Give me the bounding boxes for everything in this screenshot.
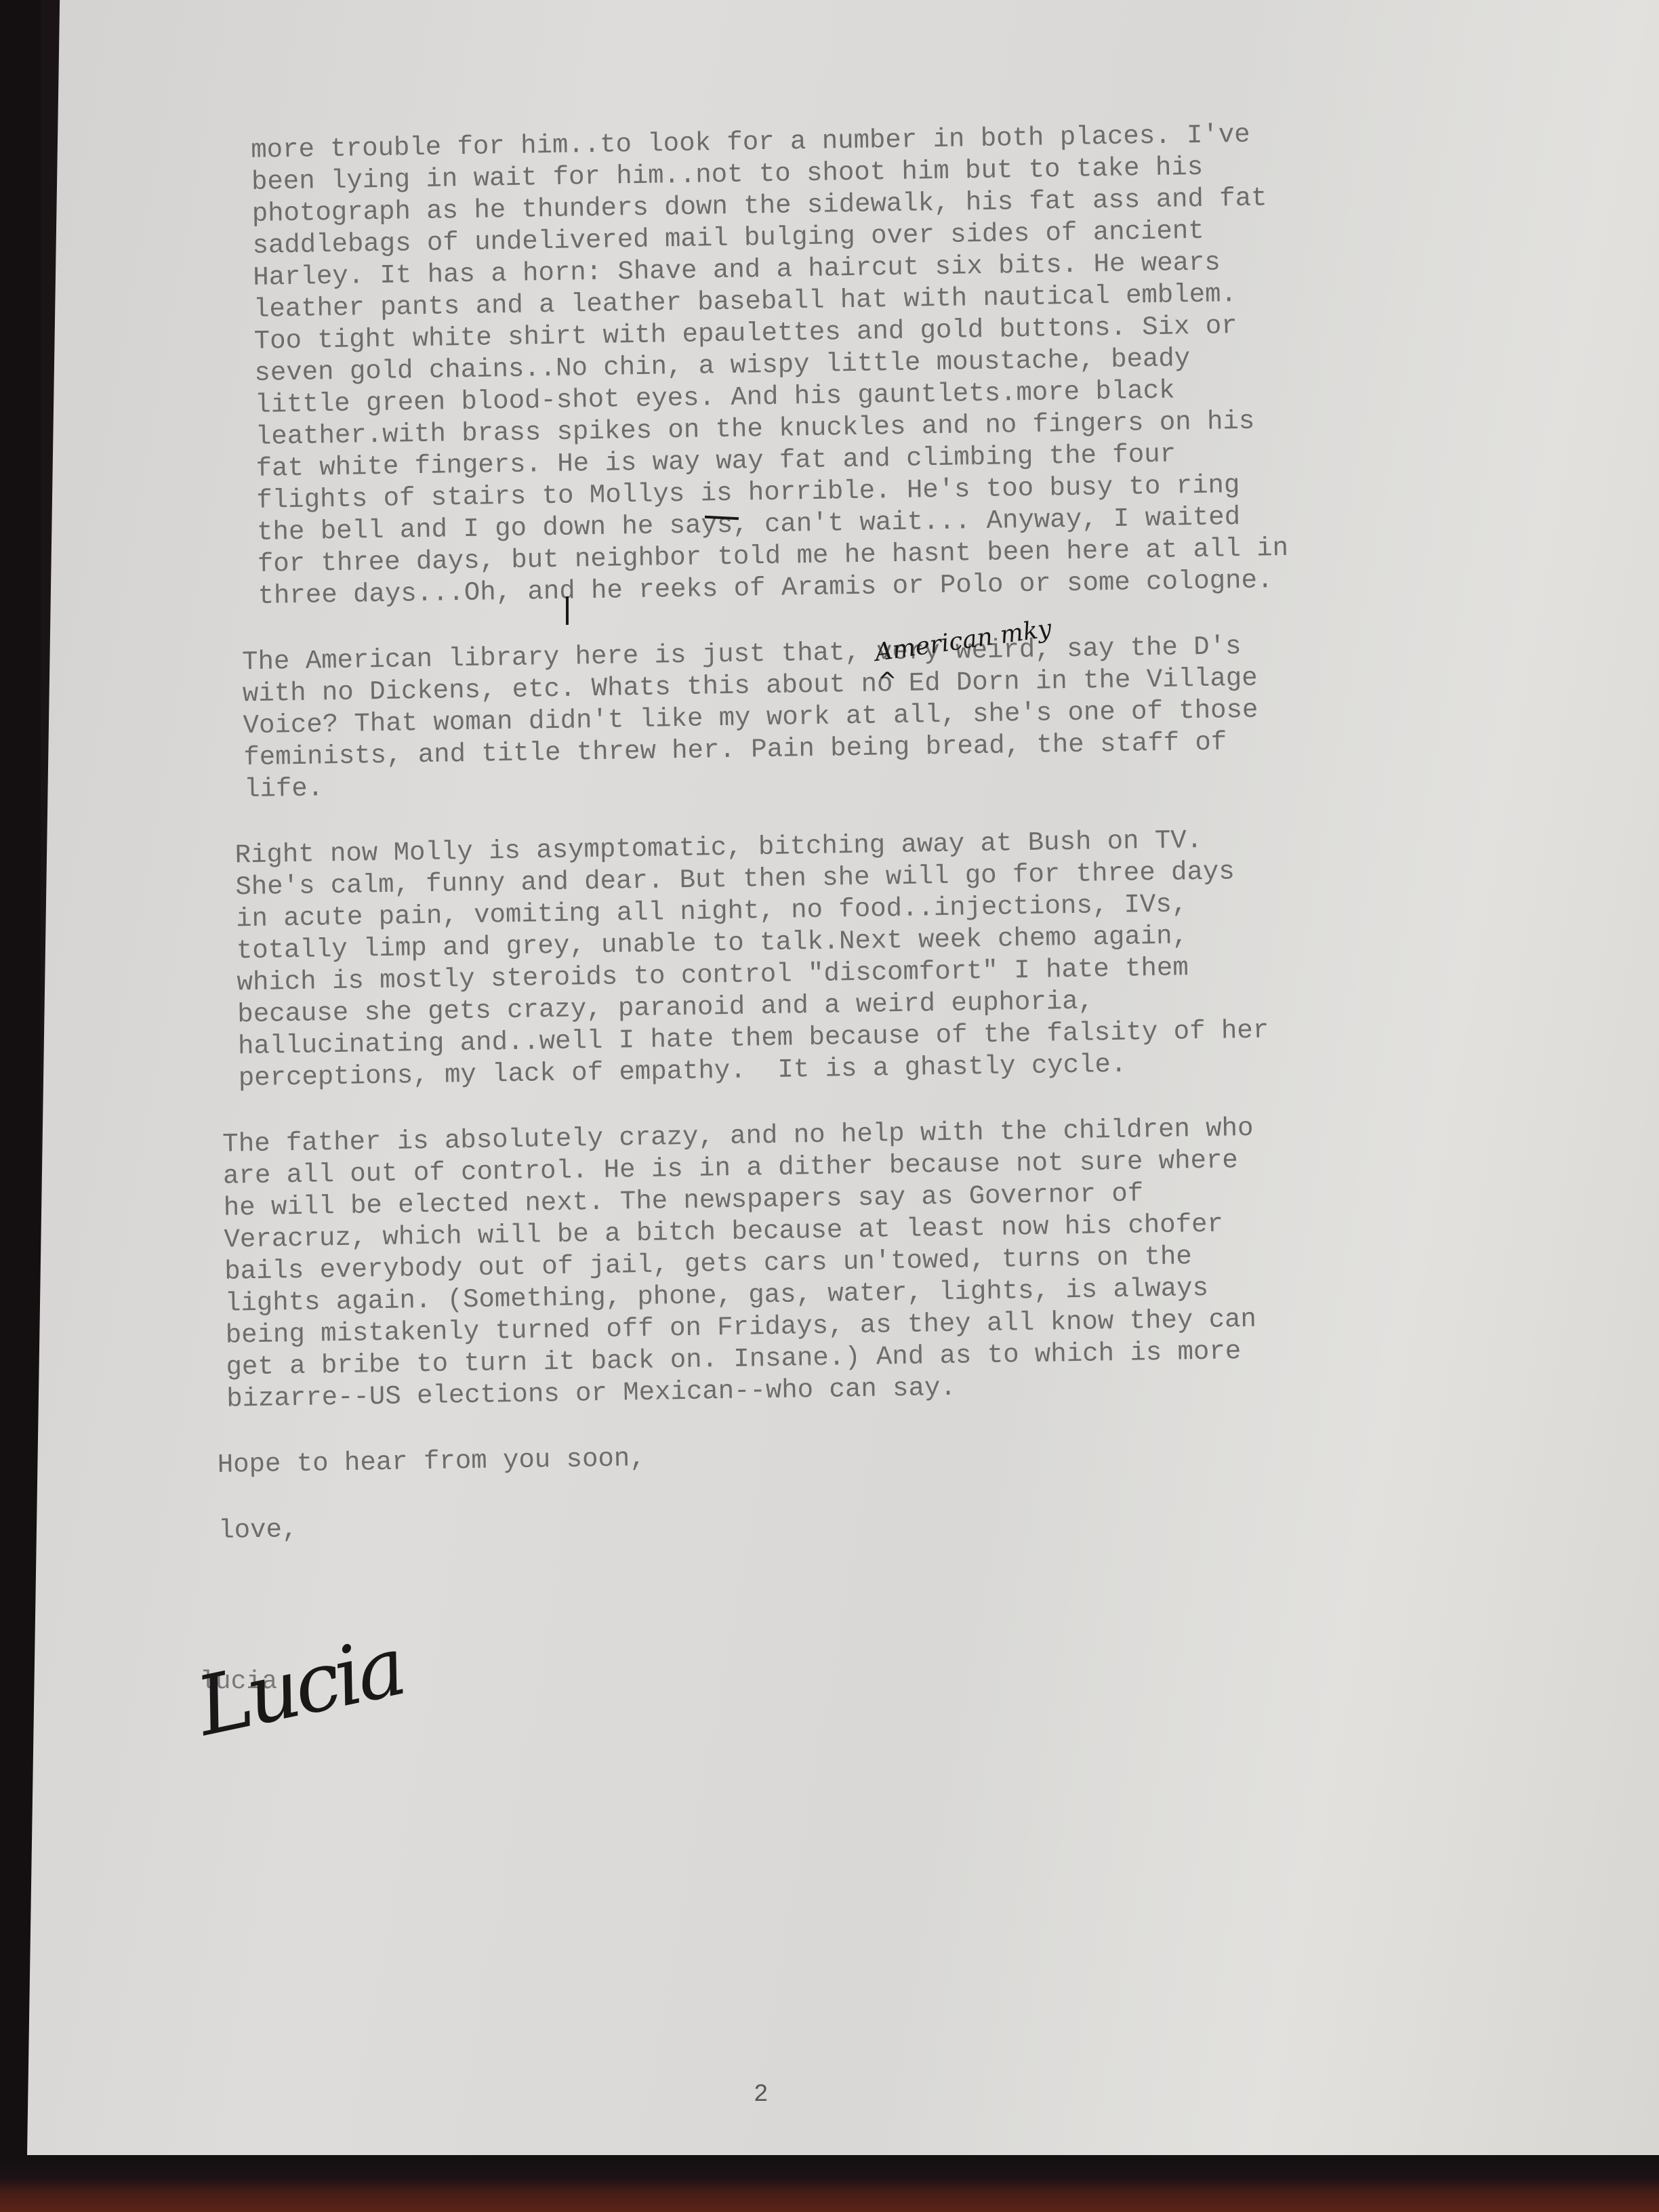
closing-line: Hope to hear from you soon, [217, 1430, 1444, 1481]
paragraph-molly: Right now Molly is asymptomatic, bitchin… [234, 821, 1438, 1095]
paragraph-father: The father is absolutely crazy, and no h… [222, 1110, 1443, 1416]
letter-body: more trouble for him..to look for a numb… [203, 117, 1446, 1581]
insertion-caret: ^ [878, 668, 897, 695]
valediction: love, [218, 1496, 1446, 1547]
page-number: 2 [754, 2081, 769, 2108]
paragraph-mail-carrier: more trouble for him..to look for a numb… [251, 117, 1431, 613]
desk-surface [0, 2155, 1659, 2212]
handwritten-strike [566, 596, 569, 625]
paragraph-library: The American library here is just that, … [242, 628, 1433, 806]
